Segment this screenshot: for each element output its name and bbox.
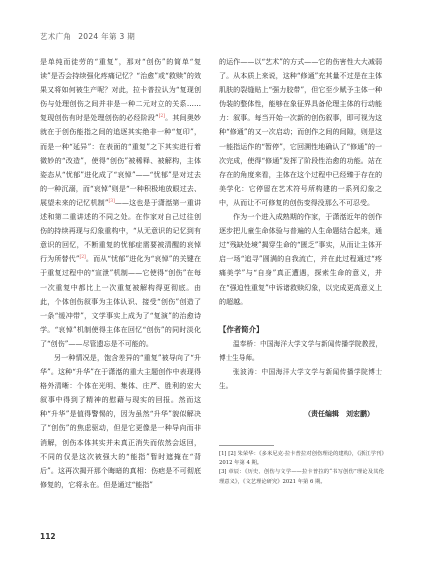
text-run: 。而从“忧郁”进化为“哀悼”的关键在于重复过程中的“宣泄”机制——它使得“创伤”… xyxy=(40,254,201,348)
paragraph: 另一种情况是，饱含差异的“重复”被导向了“升华”。这种“升华”在于潇湉的重大主题… xyxy=(40,351,201,492)
right-column: 的运作——以“艺术”的方式——它的伤害性大大减弱了。从本质上来说，这种“修通”充… xyxy=(219,55,382,421)
author-bio: 张波涛：中国海洋大学文学与新闻传播学院博士生。 xyxy=(219,365,382,393)
footnote: [3] 章辰：《历史、创伤与文学——拉卡普拉的“书写创伤”理论及其伦理意义》，《… xyxy=(219,468,384,486)
paragraph: 是单纯而徒劳的“重复”，那对“创伤”的简单“复读”是否会持续强化疼痛记忆？“治愈… xyxy=(40,55,201,351)
footnote: [1] [2] 朱荣华：《多米尼克·拉卡普拉对创伤理论的建构》，《浙江学刊》20… xyxy=(219,450,384,468)
author-bio: 温奉桥：中国海洋大学文学与新闻传播学院教授，博士生导师。 xyxy=(219,337,382,365)
editor-note: （责任编辑 刘宏鹏） xyxy=(219,407,382,421)
text-run: 。其间奥妙就在于创伤能指之间的追逐其实绝非一种“复印”，而是一种“延异”：在表面… xyxy=(40,113,201,207)
page-number: 112 xyxy=(40,532,56,541)
paragraph: 作为一个进入成熟期的作家，于潇湉近年的创作逐步把儿童生命体验与普遍的人生命题结合… xyxy=(219,210,382,309)
footnote-divider xyxy=(219,445,274,446)
author-section-title: 【作者简介】 xyxy=(219,323,382,337)
running-header: 艺术广角2024 年第 3 期 xyxy=(40,31,135,42)
footnotes: [1] [2] 朱荣华：《多米尼克·拉卡普拉对创伤理论的建构》，《浙江学刊》20… xyxy=(219,450,384,487)
issue-label: 2024 年第 3 期 xyxy=(78,32,135,41)
left-column: 是单纯而徒劳的“重复”，那对“创伤”的简单“复读”是否会持续强化疼痛记忆？“治愈… xyxy=(40,55,201,492)
journal-name: 艺术广角 xyxy=(40,32,71,41)
paragraph: 的运作——以“艺术”的方式——它的伤害性大大减弱了。从本质上来说，这种“修通”充… xyxy=(219,55,382,210)
